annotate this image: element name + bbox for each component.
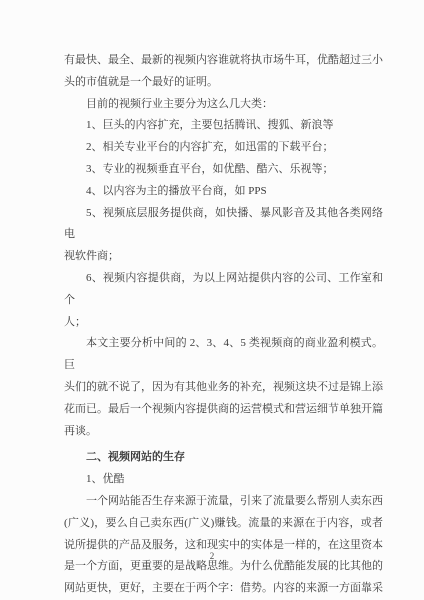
paragraph: 一个网站能否生存来源于流量，引来了流量要么帮别人卖东西(广义)，要么自己卖东西(… xyxy=(64,491,383,600)
text-line: 人； xyxy=(64,312,383,334)
paragraph: 本文主要分析中间的 2、3、4、5 类视频商的商业盈利模式。巨头们的就不说了，因… xyxy=(64,333,383,442)
text-line: 花而已。最后一个视频内容提供商的运营模式和营运细节单独开篇 xyxy=(64,399,383,421)
text-line: 再谈。 xyxy=(64,421,383,443)
text-line: 本文主要分析中间的 2、3、4、5 类视频商的商业盈利模式。巨 xyxy=(64,333,383,377)
paragraph: 有最快、最全、最新的视频内容谁就将执市场牛耳，优酷超过三小头的市值就是一个最好的… xyxy=(64,50,383,94)
paragraph: 5、视频底层服务提供商，如快播、暴风影音及其他各类网络电视软件商； xyxy=(64,203,383,268)
page-footer: 2 xyxy=(0,550,424,562)
page-number: 2 xyxy=(210,551,215,561)
text-line: 6、视频内容提供商，为以上网站提供内容的公司、工作室和个 xyxy=(64,268,383,312)
text-line: 目前的视频行业主要分为这么几大类： xyxy=(64,94,383,116)
text-line: 1、优酷 xyxy=(64,469,383,491)
paragraph: 6、视频内容提供商，为以上网站提供内容的公司、工作室和个人； xyxy=(64,268,383,333)
text-line: (广义)，要么自己卖东西(广义)赚钱。流量的来源在于内容，或者 xyxy=(64,513,383,535)
text-line: 4、以内容为主的播放平台商，如 PPS xyxy=(64,181,383,203)
section-heading: 二、视频网站的生存 xyxy=(64,447,383,469)
paragraph: 1、优酷 xyxy=(64,469,383,491)
text-line: 5、视频底层服务提供商，如快播、暴风影音及其他各类网络电 xyxy=(64,203,383,247)
text-line: 二、视频网站的生存 xyxy=(64,447,383,469)
paragraph: 2、相关专业平台的内容扩充，如迅雷的下载平台； xyxy=(64,137,383,159)
text-line: 一个网站能否生存来源于流量，引来了流量要么帮别人卖东西 xyxy=(64,491,383,513)
paragraph: 目前的视频行业主要分为这么几大类： xyxy=(64,94,383,116)
text-line: 视软件商； xyxy=(64,246,383,268)
text-line: 3、专业的视频垂直平台，如优酷、酷六、乐视等； xyxy=(64,159,383,181)
text-line: 有最快、最全、最新的视频内容谁就将执市场牛耳，优酷超过三小 xyxy=(64,50,383,72)
text-line: 头们的就不说了，因为有其他业务的补充，视频这块不过是锦上添 xyxy=(64,377,383,399)
document-page: 有最快、最全、最新的视频内容谁就将执市场牛耳，优酷超过三小头的市值就是一个最好的… xyxy=(0,0,424,600)
paragraph: 4、以内容为主的播放平台商，如 PPS xyxy=(64,181,383,203)
paragraph: 1、巨头的内容扩充，主要包括腾讯、搜狐、新浪等 xyxy=(64,115,383,137)
text-line: 头的市值就是一个最好的证明。 xyxy=(64,72,383,94)
paragraph: 3、专业的视频垂直平台，如优酷、酷六、乐视等； xyxy=(64,159,383,181)
document-body: 有最快、最全、最新的视频内容谁就将执市场牛耳，优酷超过三小头的市值就是一个最好的… xyxy=(64,50,383,600)
text-line: 网站更快，更好，主要在于两个字：借势。内容的来源一方面靠采 xyxy=(64,578,383,600)
text-line: 1、巨头的内容扩充，主要包括腾讯、搜狐、新浪等 xyxy=(64,115,383,137)
text-line: 2、相关专业平台的内容扩充，如迅雷的下载平台； xyxy=(64,137,383,159)
